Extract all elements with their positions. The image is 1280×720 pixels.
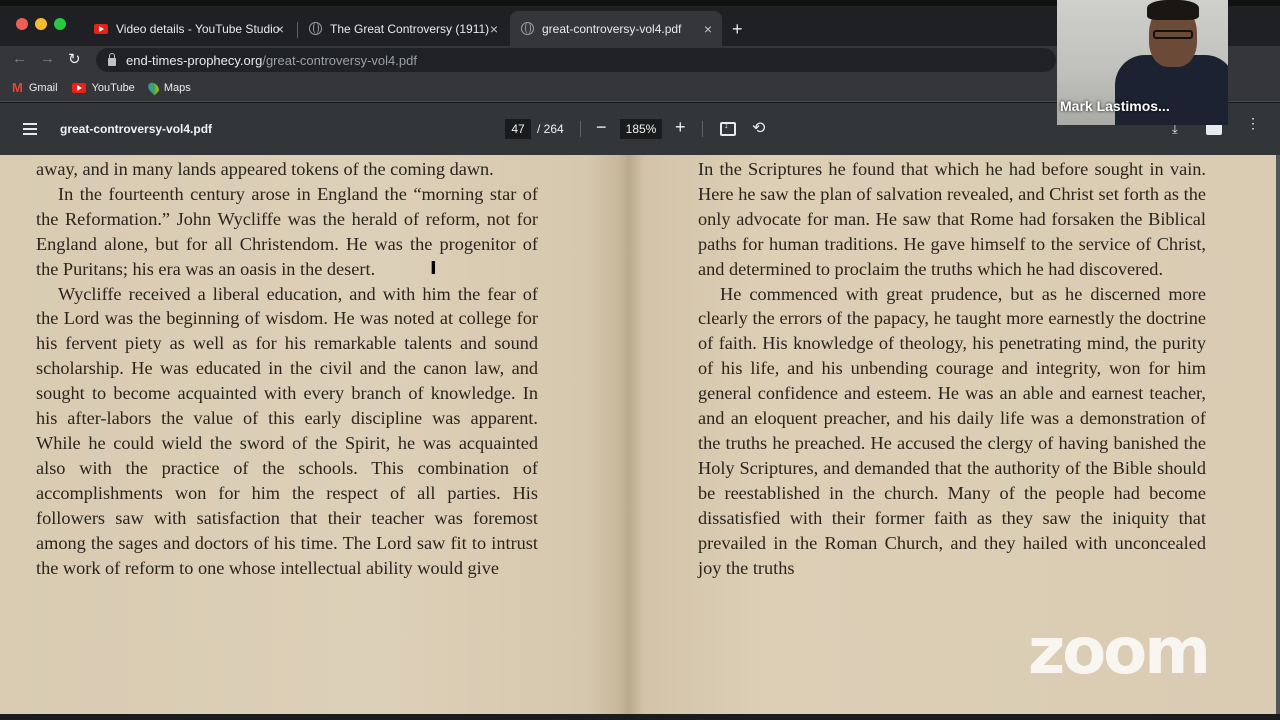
globe-icon: [520, 22, 534, 36]
youtube-icon: [94, 22, 108, 36]
fit-to-page-icon[interactable]: [720, 122, 736, 136]
tab-pdf-active[interactable]: great-controversy-vol4.pdf ×: [510, 11, 722, 46]
window-controls: [16, 18, 66, 30]
left-page-text: away, and in many lands appeared tokens …: [36, 157, 538, 580]
right-page-text: In the Scriptures he found that which he…: [698, 157, 1206, 580]
forward-button[interactable]: →: [40, 50, 55, 67]
close-tab-icon[interactable]: ×: [276, 21, 284, 37]
back-button[interactable]: ←: [12, 50, 27, 67]
bookmark-label: Maps: [164, 82, 191, 94]
tab-label: great-controversy-vol4.pdf: [542, 22, 681, 36]
zoom-logo-watermark: zoom: [1028, 620, 1208, 684]
tab-label: The Great Controversy (1911): [330, 22, 489, 36]
new-tab-button[interactable]: +: [732, 21, 743, 37]
zoom-in-button[interactable]: +: [675, 117, 686, 137]
paragraph: away, and in many lands appeared tokens …: [36, 157, 538, 182]
participant-video-tile[interactable]: Mark Lastimos...: [1057, 0, 1228, 125]
zoom-out-button[interactable]: −: [596, 117, 607, 137]
reload-button[interactable]: ↻: [68, 50, 81, 68]
tab-great-controversy[interactable]: The Great Controversy (1911) ×: [298, 11, 508, 46]
toolbar-divider: [580, 121, 581, 137]
lock-icon: [108, 58, 116, 66]
paragraph: In the fourteenth century arose in Engla…: [36, 182, 538, 282]
tab-youtube-studio[interactable]: Video details - YouTube Studio ×: [84, 11, 294, 46]
close-window-button[interactable]: [16, 18, 28, 30]
menu-icon[interactable]: [23, 123, 37, 138]
paragraph: In the Scriptures he found that which he…: [698, 157, 1206, 282]
participant-avatar: [1147, 0, 1199, 20]
page-number-input[interactable]: 47: [505, 119, 531, 139]
tab-label: Video details - YouTube Studio: [116, 22, 279, 36]
bookmark-gmail[interactable]: M Gmail: [12, 80, 58, 95]
bookmark-label: YouTube: [92, 82, 135, 94]
gmail-icon: M: [12, 80, 23, 95]
pdf-title: great-controversy-vol4.pdf: [60, 122, 212, 136]
participant-name: Mark Lastimos...: [1060, 98, 1170, 114]
bookmark-label: Gmail: [29, 82, 58, 94]
close-tab-icon[interactable]: ×: [704, 21, 712, 37]
zoom-level-input[interactable]: 185%: [620, 119, 662, 139]
paragraph: Wycliffe received a liberal education, a…: [36, 282, 538, 581]
more-options-icon[interactable]: ⋮: [1246, 120, 1252, 126]
maps-icon: [146, 80, 161, 95]
minimize-window-button[interactable]: [35, 18, 47, 30]
page-total: / 264: [537, 122, 564, 136]
text-cursor-icon: I: [430, 258, 437, 279]
bookmark-maps[interactable]: Maps: [149, 82, 191, 94]
url-host: end-times-prophecy.org: [126, 53, 262, 68]
maximize-window-button[interactable]: [54, 18, 66, 30]
globe-icon: [308, 22, 322, 36]
youtube-icon: [72, 83, 86, 93]
address-bar[interactable]: end-times-prophecy.org/great-controversy…: [96, 48, 1056, 72]
close-tab-icon[interactable]: ×: [490, 21, 498, 37]
paragraph: He commenced with great prudence, but as…: [698, 282, 1206, 581]
url-path: /great-controversy-vol4.pdf: [262, 53, 417, 68]
bookmark-youtube[interactable]: YouTube: [72, 82, 135, 94]
toolbar-divider: [702, 121, 703, 137]
rotate-icon[interactable]: ⟲: [752, 118, 765, 138]
participant-avatar: [1153, 30, 1193, 39]
bottom-edge: [0, 714, 1280, 720]
